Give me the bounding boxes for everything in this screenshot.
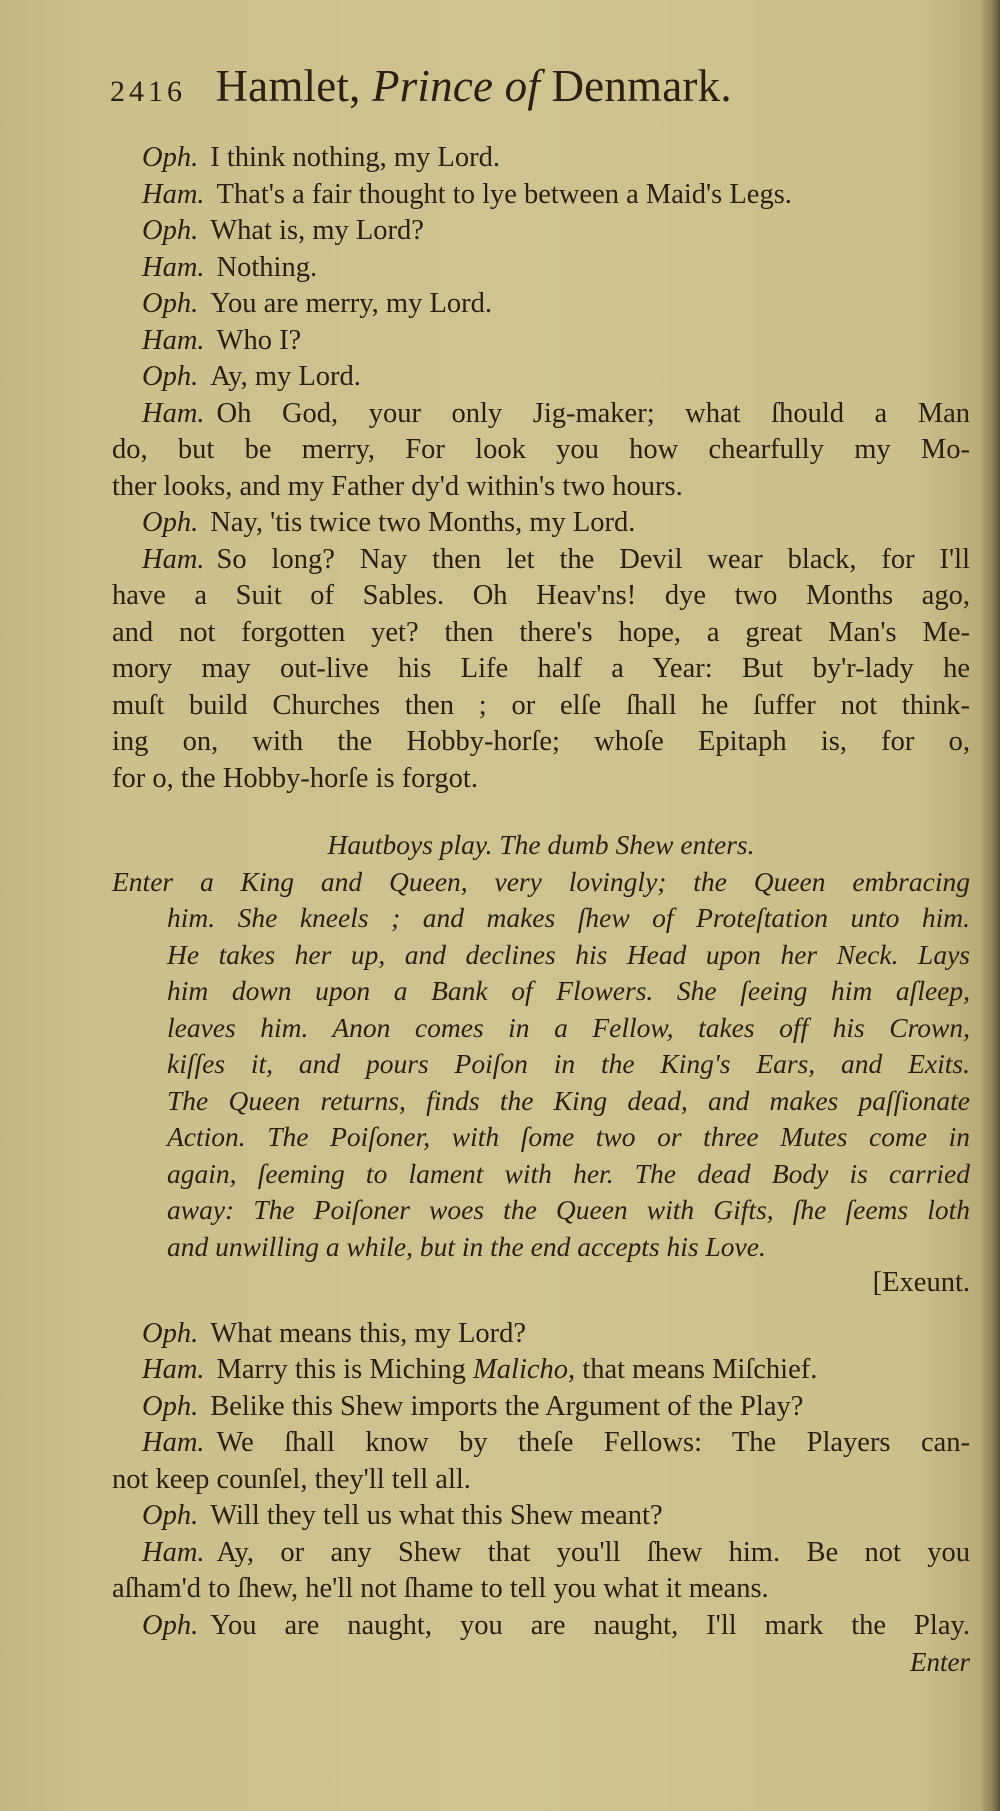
- dialogue-line: Oph.Belike this Shew imports the Argumen…: [112, 1389, 970, 1426]
- stage-line: and unwilling a while, but in the end ac…: [112, 1229, 970, 1266]
- stage-line: him down upon a Bank of Flowers. She ſee…: [112, 973, 970, 1010]
- speech: You are merry, my Lord.: [210, 288, 492, 319]
- speech: That's a fair thought to lye between a M…: [217, 179, 792, 210]
- dialogue-continuation: ing on, with the Hobby-horſe; whoſe Epit…: [112, 724, 970, 761]
- speech: Who I?: [217, 325, 302, 356]
- page-gutter: [990, 0, 1000, 1811]
- stage-line: leaves him. Anon comes in a Fellow, take…: [112, 1010, 970, 1047]
- page-number: 2416: [110, 75, 186, 108]
- dialogue-line: Oph.You are merry, my Lord.: [112, 286, 970, 323]
- stage-line: away: The Poiſoner woes the Queen with G…: [112, 1192, 970, 1229]
- exeunt-direction: [Exeunt.: [112, 1265, 970, 1302]
- speaker: Oph.: [142, 288, 198, 319]
- speaker: Ham.: [142, 325, 205, 356]
- speaker: Oph.: [142, 1318, 198, 1349]
- speech: Marry this is Miching: [217, 1354, 466, 1385]
- speaker: Oph.: [142, 507, 198, 538]
- dialogue-continuation: do, but be merry, For look you how chear…: [112, 432, 970, 469]
- speech: What is, my Lord?: [210, 215, 424, 246]
- dialogue-continuation: muſt build Churches then ; or elſe ſhall…: [112, 688, 970, 725]
- stage-line: him. She kneels ; and makes ſhew of Prot…: [112, 900, 970, 937]
- dialogue-line: Ham.Nothing.: [112, 250, 970, 287]
- title-hamlet: Hamlet,: [215, 61, 360, 111]
- dialogue-continuation: for o, the Hobby-horſe is forgot.: [112, 761, 970, 798]
- dialogue-line: Oph.You are naught, you are naught, I'll…: [112, 1608, 970, 1645]
- dialogue-line: Oph.What means this, my Lord?: [112, 1316, 970, 1353]
- speaker: Oph.: [142, 215, 198, 246]
- speaker: Oph.: [142, 1391, 198, 1422]
- dialogue-line: Oph.What is, my Lord?: [112, 213, 970, 250]
- dialogue-line: Ham.So long? Nay then let the Devil wear…: [112, 542, 970, 579]
- dialogue-continuation: and not forgotten yet? then there's hope…: [112, 615, 970, 652]
- dialogue-continuation: aſham'd to ſhew, he'll not ſhame to tell…: [112, 1571, 970, 1608]
- speech: Nothing.: [217, 252, 318, 283]
- stage-line: Action. The Poiſoner, with ſome two or t…: [112, 1119, 970, 1156]
- speech: that means Miſchief.: [582, 1354, 817, 1385]
- speech: I think nothing, my Lord.: [210, 142, 500, 173]
- book-page: 2416 Hamlet, Prince of Denmark. Oph.I th…: [0, 0, 1000, 1811]
- speaker: Ham.: [142, 179, 205, 210]
- title-denmark: Denmark.: [551, 61, 731, 111]
- title-prince-of: Prince of: [372, 61, 540, 111]
- speaker: Ham.: [142, 398, 205, 429]
- speech: Will they tell us what this Shew meant?: [210, 1500, 662, 1531]
- dialogue-continuation: mory may out-live his Life half a Year: …: [112, 651, 970, 688]
- speech: Ay, my Lord.: [210, 361, 361, 392]
- stage-line: kiſſes it, and pours Poiſon in the King'…: [112, 1046, 970, 1083]
- speaker: Ham.: [142, 1537, 205, 1568]
- dialogue-continuation: ther looks, and my Father dy'd within's …: [112, 469, 970, 506]
- stage-heading: Hautboys play. The dumb Shew enters.: [112, 797, 970, 864]
- speaker: Ham.: [142, 252, 205, 283]
- stage-line: Enter a King and Queen, very lovingly; t…: [112, 864, 970, 901]
- dialogue-line: Ham.That's a fair thought to lye between…: [112, 177, 970, 214]
- stage-line: He takes her up, and declines his Head u…: [112, 937, 970, 974]
- speech: You are naught, you are naught, I'll mar…: [210, 1610, 970, 1641]
- speaker: Oph.: [142, 1500, 198, 1531]
- speech: Nay, 'tis twice two Months, my Lord.: [210, 507, 635, 538]
- speech: Belike this Shew imports the Argument of…: [210, 1391, 803, 1422]
- dialogue-line: Oph.Nay, 'tis twice two Months, my Lord.: [112, 505, 970, 542]
- speech: We ſhall know by theſe Fellows: The Play…: [217, 1427, 970, 1458]
- dialogue-line: Oph.Will they tell us what this Shew mea…: [112, 1498, 970, 1535]
- speech: What means this, my Lord?: [210, 1318, 526, 1349]
- running-header: 2416 Hamlet, Prince of Denmark.: [110, 60, 732, 112]
- page-body: Oph.I think nothing, my Lord. Ham.That's…: [112, 140, 970, 1681]
- dialogue-line: Ham.Oh God, your only Jig-maker; what ſh…: [112, 396, 970, 433]
- speech: Ay, or any Shew that you'll ſhew him. Be…: [217, 1537, 970, 1568]
- dialogue-line: Ham.Who I?: [112, 323, 970, 360]
- speaker: Ham.: [142, 1354, 205, 1385]
- catchword: Enter: [112, 1644, 970, 1681]
- speaker: Ham.: [142, 544, 205, 575]
- dialogue-continuation: have a Suit of Sables. Oh Heav'ns! dye t…: [112, 578, 970, 615]
- dialogue-line: Ham.Ay, or any Shew that you'll ſhew him…: [112, 1535, 970, 1572]
- dialogue-line: Oph.I think nothing, my Lord.: [112, 140, 970, 177]
- dialogue-line: Ham.Marry this is Miching Malicho, that …: [112, 1352, 970, 1389]
- dialogue-line: Oph.Ay, my Lord.: [112, 359, 970, 396]
- stage-direction: Hautboys play. The dumb Shew enters. Ent…: [112, 797, 970, 1265]
- speaker: Oph.: [142, 142, 198, 173]
- stage-line: The Queen returns, finds the King dead, …: [112, 1083, 970, 1120]
- speech: Oh God, your only Jig-maker; what ſhould…: [217, 398, 970, 429]
- speaker: Ham.: [142, 1427, 205, 1458]
- speaker: Oph.: [142, 361, 198, 392]
- dialogue-line: Ham.We ſhall know by theſe Fellows: The …: [112, 1425, 970, 1462]
- speaker: Oph.: [142, 1610, 198, 1641]
- stage-line: again, ſeeming to lament with her. The d…: [112, 1156, 970, 1193]
- dialogue-continuation: not keep counſel, they'll tell all.: [112, 1462, 970, 1499]
- speech-italic: Malicho,: [473, 1354, 575, 1385]
- speech: So long? Nay then let the Devil wear bla…: [217, 544, 970, 575]
